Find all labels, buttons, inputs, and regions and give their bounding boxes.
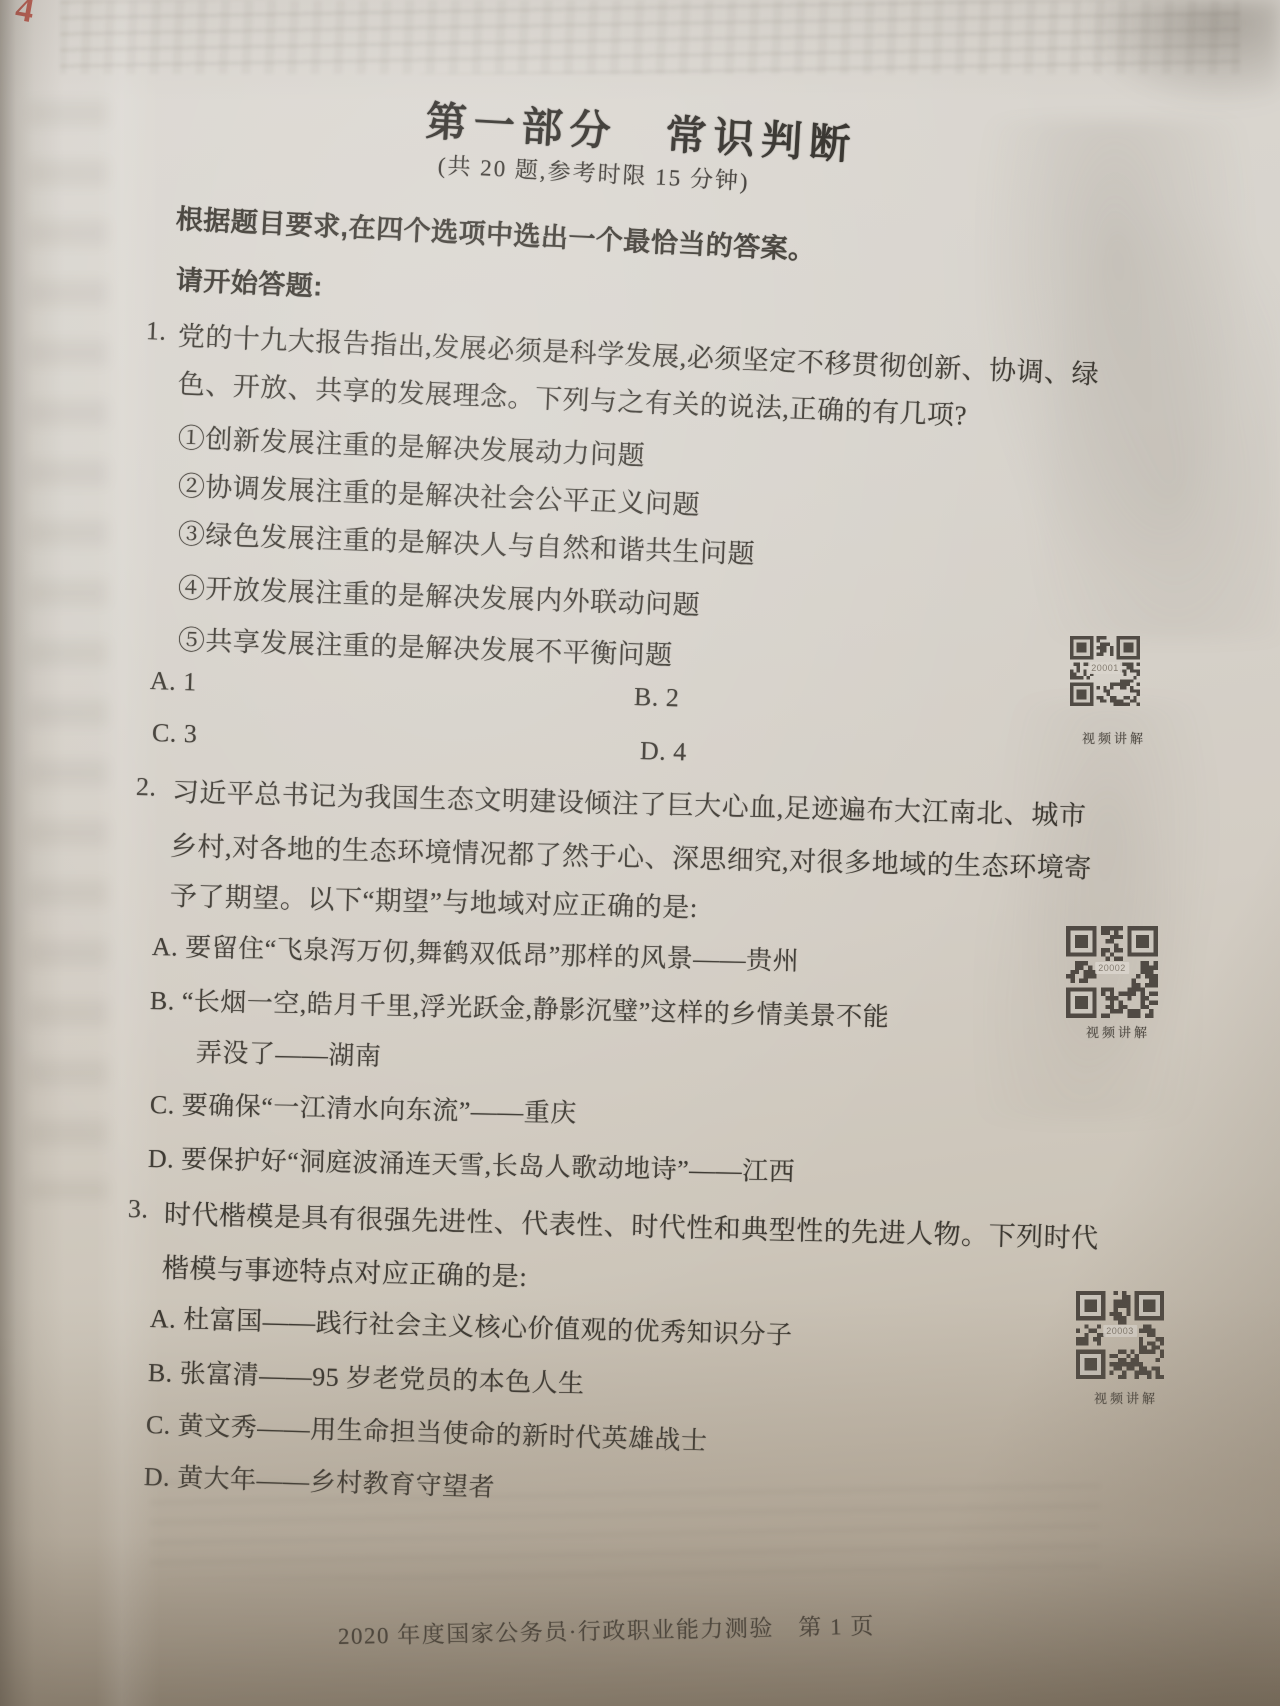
q1-option-b: B. 2 — [634, 682, 680, 713]
q1-qr-code: 20001 — [1070, 634, 1140, 708]
q2-qr-code: 20002 — [1066, 926, 1158, 1018]
q2-stem-line3: 予了期望。以下“期望”与地域对应正确的是: — [170, 874, 699, 925]
q1-item-5: ⑤共享发展注重的是解决发展不平衡问题 — [177, 618, 673, 673]
q3-option-c: C. 黄文秀——用生命担当使命的新时代英雄战士 — [145, 1404, 708, 1458]
instruction-text: 根据题目要求,在四个选项中选出一个最恰当的答案。 — [175, 197, 817, 267]
q2-option-b-line1: B. “长烟一空,皓月千里,浮光跃金,静影沉璧”这样的乡情美景不能 — [150, 980, 890, 1034]
q1-number: 1. — [145, 316, 167, 347]
q3-qr-number: 20003 — [1103, 1325, 1137, 1337]
q1-option-d: D. 4 — [640, 736, 688, 767]
q1-qr-label: 视频讲解 — [1082, 728, 1146, 747]
q2-qr-number: 20002 — [1095, 962, 1129, 974]
q2-number: 2. — [136, 772, 157, 803]
page-footer: 2020 年度国家公务员·行政职业能力测验 第 1 页 — [338, 1608, 875, 1651]
q2-option-b-line2: 弄没了——湖南 — [196, 1032, 382, 1073]
q2-option-c: C. 要确保“一江清水向东流”——重庆 — [150, 1084, 578, 1130]
q1-option-a: A. 1 — [150, 666, 198, 697]
begin-prompt: 请开始答题: — [175, 258, 324, 304]
q3-qr-label: 视频讲解 — [1094, 1388, 1158, 1407]
q3-option-a: A. 杜富国——践行社会主义核心价值观的优秀知识分子 — [150, 1298, 794, 1352]
q1-option-c: C. 3 — [152, 718, 198, 749]
q3-qr-code: 20003 — [1076, 1290, 1164, 1380]
q2-option-a: A. 要留住“飞泉泻万仞,舞鹤双低昂”那样的风景——贵州 — [152, 926, 800, 978]
q2-qr-label: 视频讲解 — [1086, 1022, 1150, 1041]
q1-item-1: ①创新发展注重的是解决发展动力问题 — [177, 416, 646, 473]
q3-stem-line1: 时代楷模是具有很强先进性、代表性、时代性和典型性的先进人物。下列时代 — [163, 1192, 1099, 1255]
exam-page-photo: 4 第一部分 常识判断 (共 20 题,参考时限 15 分钟) 根据题目要求,在… — [0, 0, 1280, 1706]
q2-stem-line1: 习近平总书记为我国生态文明建设倾注了巨大心血,足迹遍布大江南北、城市 — [171, 770, 1086, 833]
q1-item-4: ④开放发展注重的是解决发展内外联动问题 — [177, 566, 701, 622]
q1-item-2: ②协调发展注重的是解决社会公平正义问题 — [177, 464, 701, 522]
q3-option-b: B. 张富清——95 岁老党员的本色人生 — [148, 1352, 586, 1400]
q3-option-d: D. 黄大年——乡村教育守望者 — [143, 1456, 495, 1504]
q2-option-d: D. 要保护好“洞庭波涌连天雪,长岛人歌动地诗”——江西 — [148, 1138, 796, 1189]
q1-qr-number: 20001 — [1088, 662, 1122, 674]
q3-stem-line2: 楷模与事迹特点对应正确的是: — [162, 1246, 528, 1294]
q3-number: 3. — [128, 1194, 149, 1225]
